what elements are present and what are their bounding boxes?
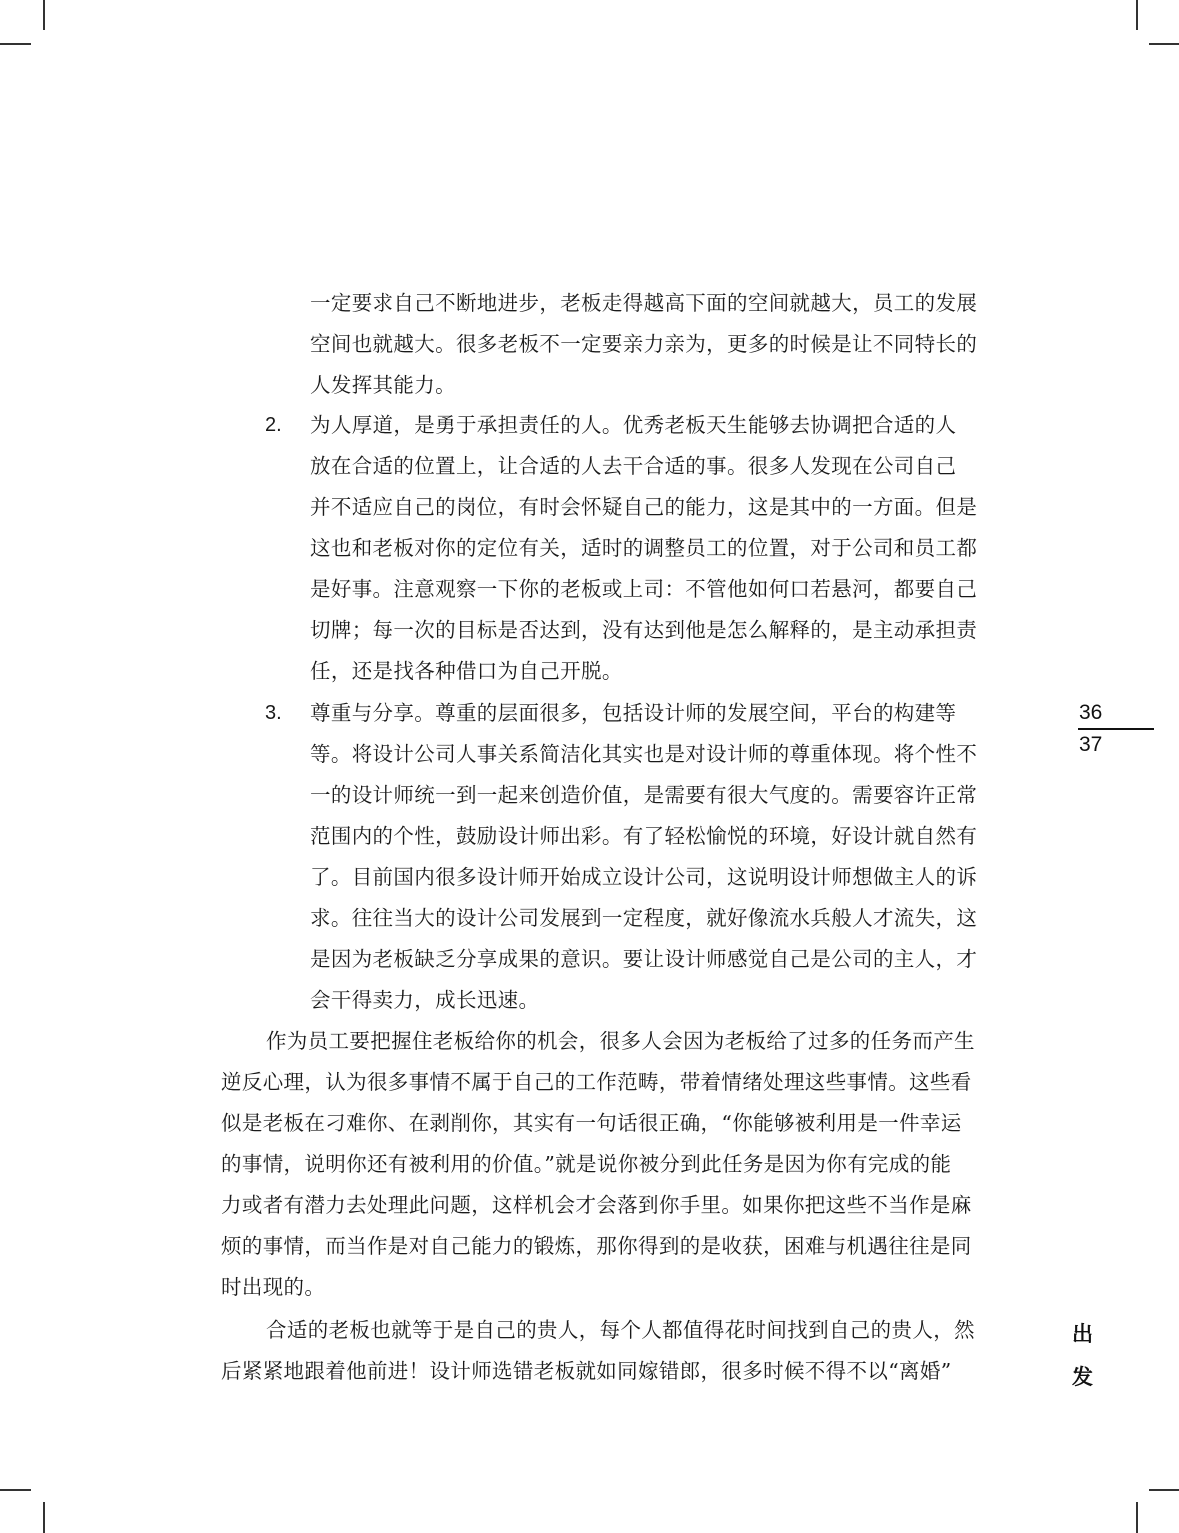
list-number: 3.: [265, 702, 282, 725]
text-line: 切牌；每一次的目标是否达到，没有达到他是怎么解释的，是主动承担责: [310, 616, 977, 644]
page-number-right: 37: [1079, 733, 1102, 757]
text-line: 一定要求自己不断地进步，老板走得越高下面的空间就越大，员工的发展: [310, 289, 977, 317]
list-number: 2.: [265, 414, 282, 437]
text-line: 逆反心理，认为很多事情不属于自己的工作范畴，带着情绪处理这些事情。这些看: [221, 1068, 972, 1096]
crop-mark-top-left-vertical: [43, 0, 45, 30]
crop-mark-bottom-left-vertical: [43, 1502, 45, 1533]
text-line: 了。目前国内很多设计师开始成立设计公司，这说明设计师想做主人的诉: [310, 863, 977, 891]
text-line: 放在合适的位置上，让合适的人去干合适的事。很多人发现在公司自己: [310, 452, 956, 480]
text-line: 空间也就越大。很多老板不一定要亲力亲为，更多的时候是让不同特长的: [310, 330, 977, 358]
text-line: 会干得卖力，成长迅速。: [310, 986, 539, 1014]
crop-mark-bottom-right-vertical: [1136, 1502, 1138, 1533]
text-line: 范围内的个性，鼓励设计师出彩。有了轻松愉悦的环境，好设计就自然有: [310, 822, 977, 850]
text-line: 烦的事情，而当作是对自己能力的锻炼，那你得到的是收获，困难与机遇往往是同: [221, 1232, 972, 1260]
text-line: 并不适应自己的岗位，有时会怀疑自己的能力，这是其中的一方面。但是: [310, 493, 977, 521]
text-line: 作为员工要把握住老板给你的机会，很多人会因为老板给了过多的任务而产生: [266, 1027, 975, 1055]
side-title-char-1: 出: [1072, 1318, 1093, 1348]
text-line: 时出现的。: [221, 1273, 325, 1301]
text-line: 是因为老板缺乏分享成果的意识。要让设计师感觉自己是公司的主人，才: [310, 945, 977, 973]
text-line: 这也和老板对你的定位有关，适时的调整员工的位置，对于公司和员工都: [310, 534, 977, 562]
text-line: 人发挥其能力。: [310, 371, 456, 399]
text-line: 的事情，说明你还有被利用的价值。”就是说你被分到此任务是因为你有完成的能: [221, 1150, 951, 1178]
text-line: 一的设计师统一到一起来创造价值，是需要有很大气度的。需要容许正常: [310, 781, 977, 809]
page-number-left: 36: [1079, 701, 1102, 725]
crop-mark-top-right-horizontal: [1149, 43, 1179, 45]
text-line: 为人厚道，是勇于承担责任的人。优秀老板天生能够去协调把合适的人: [310, 411, 956, 439]
text-line: 任，还是找各种借口为自己开脱。: [310, 657, 623, 685]
text-line: 力或者有潜力去处理此问题，这样机会才会落到你手里。如果你把这些不当作是麻: [221, 1191, 972, 1219]
crop-mark-top-left-horizontal: [0, 43, 31, 45]
text-line: 是好事。注意观察一下你的老板或上司：不管他如何口若悬河，都要自己: [310, 575, 977, 603]
text-line: 等。将设计公司人事关系简洁化其实也是对设计师的尊重体现。将个性不: [310, 740, 977, 768]
side-title-char-2: 发: [1072, 1361, 1093, 1391]
text-line: 后紧紧地跟着他前进！设计师选错老板就如同嫁错郎，很多时候不得不以“离婚”: [221, 1357, 952, 1385]
crop-mark-bottom-left-horizontal: [0, 1489, 31, 1491]
crop-mark-bottom-right-horizontal: [1149, 1489, 1179, 1491]
text-line: 尊重与分享。尊重的层面很多，包括设计师的发展空间，平台的构建等: [310, 699, 956, 727]
text-line: 合适的老板也就等于是自己的贵人，每个人都值得花时间找到自己的贵人，然: [266, 1316, 975, 1344]
text-line: 似是老板在刁难你、在剥削你，其实有一句话很正确，“你能够被利用是一件幸运: [221, 1109, 962, 1137]
folio-divider: [1078, 728, 1154, 730]
crop-mark-top-right-vertical: [1136, 0, 1138, 30]
text-line: 求。往往当大的设计公司发展到一定程度，就好像流水兵般人才流失，这: [310, 904, 977, 932]
